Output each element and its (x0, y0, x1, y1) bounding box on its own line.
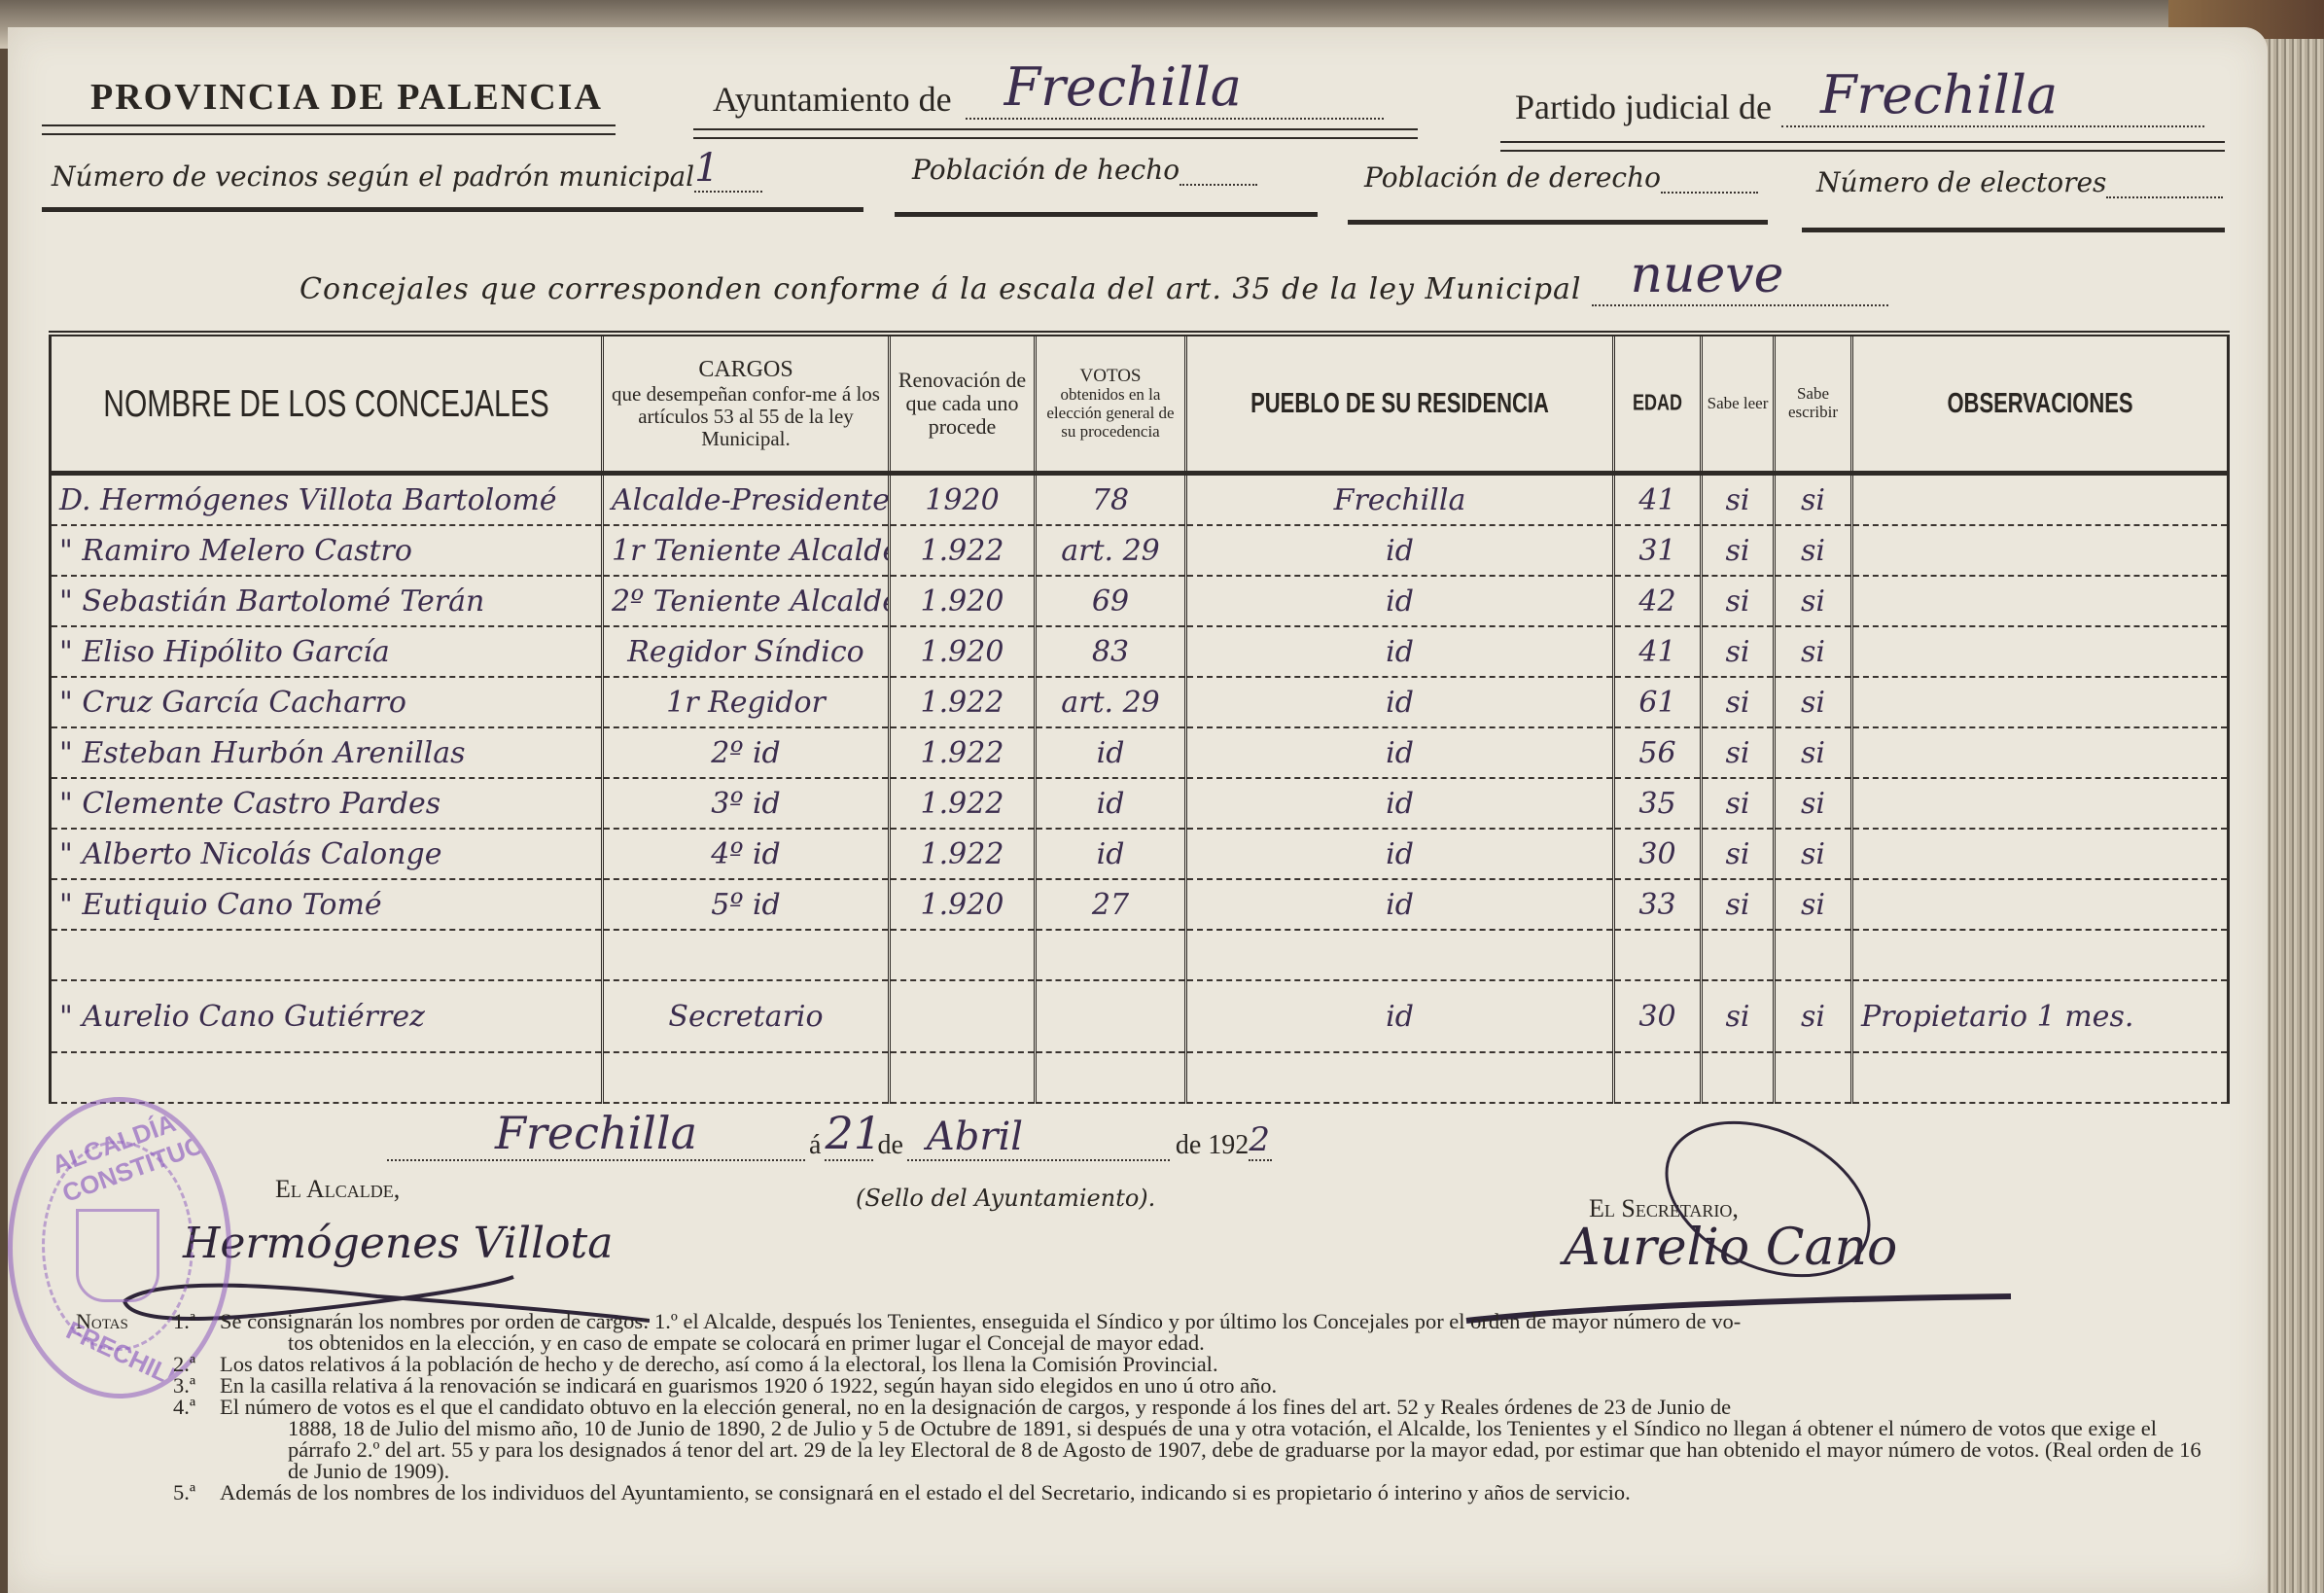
cell-nombre: " Alberto Nicolás Calonge (51, 829, 603, 879)
cell-escribir (1775, 930, 1852, 980)
poblacion-derecho-value (1661, 192, 1758, 194)
cell-pueblo: id (1186, 879, 1614, 930)
cell-cargo: 2º Teniente Alcalde (603, 576, 890, 626)
cell-renovacion (890, 980, 1036, 1052)
cell-leer (1702, 1052, 1775, 1103)
alcalde-label: El Alcalde, (275, 1175, 400, 1204)
cell-nombre (51, 930, 603, 980)
cell-renovacion: 1.920 (890, 626, 1036, 677)
cell-votos (1036, 1052, 1186, 1103)
cell-cargo: Regidor Síndico (603, 626, 890, 677)
cell-escribir: si (1775, 576, 1852, 626)
sello-label: (Sello del Ayuntamiento). (856, 1185, 1155, 1212)
note-item: 3.ª En la casilla relativa á la renovaci… (76, 1375, 2215, 1397)
cell-leer: si (1702, 727, 1775, 778)
cell-pueblo: id (1186, 727, 1614, 778)
cell-renovacion (890, 930, 1036, 980)
note-item: 4.ª El número de votos es el que el cand… (76, 1397, 2215, 1482)
table-row-secretario: " Aurelio Cano Gutiérrez Secretario id 3… (51, 980, 2229, 1052)
col-renovacion: Renovación de que cada uno procede (890, 334, 1036, 474)
cell-pueblo: id (1186, 525, 1614, 576)
cell-leer: si (1702, 525, 1775, 576)
cell-observaciones (1852, 626, 2229, 677)
cell-cargo: Secretario (603, 980, 890, 1052)
cell-votos: art. 29 (1036, 677, 1186, 727)
cell-pueblo: id (1186, 626, 1614, 677)
col-observaciones: OBSERVACIONES (1852, 334, 2229, 474)
cell-renovacion: 1.922 (890, 727, 1036, 778)
cell-edad: 41 (1614, 626, 1702, 677)
coat-of-arms-icon (76, 1209, 159, 1302)
cell-pueblo (1186, 930, 1614, 980)
cell-observaciones (1852, 1052, 2229, 1103)
ayuntamiento-field: Ayuntamiento de Frechilla (713, 56, 1384, 120)
col-votos: VOTOS obtenidos en la elección general d… (1036, 334, 1186, 474)
cell-nombre: D. Hermógenes Villota Bartolomé (51, 474, 603, 526)
page-edges (2266, 39, 2324, 1593)
cell-nombre: " Cruz García Cacharro (51, 677, 603, 727)
divider (1802, 228, 2225, 232)
col-edad: EDAD (1614, 334, 1702, 474)
date-place: Frechilla (387, 1107, 805, 1161)
cell-observaciones (1852, 879, 2229, 930)
cell-renovacion: 1.922 (890, 829, 1036, 879)
partido-field: Partido judicial de Frechilla (1515, 64, 2204, 127)
cell-leer: si (1702, 576, 1775, 626)
electores-field: Número de electores (1816, 166, 2223, 198)
col-sabe-leer: Sabe leer (1702, 334, 1775, 474)
cell-nombre: " Esteban Hurbón Arenillas (51, 727, 603, 778)
cell-votos: id (1036, 727, 1186, 778)
cell-renovacion: 1.920 (890, 576, 1036, 626)
note-item: 5.ª Además de los nombres de los individ… (76, 1482, 2215, 1504)
cell-pueblo: id (1186, 829, 1614, 879)
cell-escribir: si (1775, 474, 1852, 526)
cell-escribir: si (1775, 525, 1852, 576)
divider (42, 124, 616, 135)
cell-cargo: Alcalde-Presidente (603, 474, 890, 526)
table-row: " Clemente Castro Pardes 3º id 1.922 id … (51, 778, 2229, 829)
cell-nombre: " Aurelio Cano Gutiérrez (51, 980, 603, 1052)
date-month: Abril (907, 1115, 1170, 1161)
table-row: " Cruz García Cacharro 1r Regidor 1.922 … (51, 677, 2229, 727)
col-sabe-escribir: Sabe escribir (1775, 334, 1852, 474)
cell-leer: si (1702, 829, 1775, 879)
cell-leer: si (1702, 626, 1775, 677)
date-a: á (809, 1130, 821, 1161)
table-row-empty (51, 930, 2229, 980)
col-nombre: NOMBRE DE LOS CONCEJALES (51, 334, 603, 474)
cell-votos (1036, 930, 1186, 980)
date-year-suffix: 2 (1249, 1120, 1272, 1161)
poblacion-derecho-label: Población de derecho (1364, 161, 1661, 194)
vecinos-field: Número de vecinos según el padrón munici… (52, 146, 762, 193)
table-header-row: NOMBRE DE LOS CONCEJALES CARGOS que dese… (51, 334, 2229, 474)
col-pueblo: PUEBLO DE SU RESIDENCIA (1186, 334, 1614, 474)
cell-observaciones (1852, 474, 2229, 526)
cell-pueblo: id (1186, 677, 1614, 727)
table-row: " Alberto Nicolás Calonge 4º id 1.922 id… (51, 829, 2229, 879)
cell-edad (1614, 1052, 1702, 1103)
cell-pueblo: Frechilla (1186, 474, 1614, 526)
cell-cargo: 4º id (603, 829, 890, 879)
vecinos-value: 1 (694, 146, 762, 193)
poblacion-hecho-field: Población de hecho (912, 154, 1257, 186)
province-title: PROVINCIA DE PALENCIA (90, 76, 603, 119)
cell-edad: 31 (1614, 525, 1702, 576)
cell-edad: 30 (1614, 980, 1702, 1052)
note-item: 2.ª Los datos relativos á la población d… (76, 1354, 2215, 1375)
cell-edad: 61 (1614, 677, 1702, 727)
col-cargos: CARGOS que desempeñan confor-me á los ar… (603, 334, 890, 474)
cell-leer: si (1702, 677, 1775, 727)
cell-observaciones (1852, 677, 2229, 727)
partido-label: Partido judicial de (1515, 87, 1772, 127)
ayuntamiento-label: Ayuntamiento de (713, 79, 952, 120)
cell-cargo: 1r Teniente Alcalde (603, 525, 890, 576)
cell-edad: 42 (1614, 576, 1702, 626)
cell-leer (1702, 930, 1775, 980)
cell-pueblo (1186, 1052, 1614, 1103)
cell-votos: 27 (1036, 879, 1186, 930)
cell-renovacion: 1.922 (890, 677, 1036, 727)
cell-escribir: si (1775, 727, 1852, 778)
cell-nombre: " Ramiro Melero Castro (51, 525, 603, 576)
document-page: PROVINCIA DE PALENCIA Ayuntamiento de Fr… (8, 27, 2268, 1593)
partido-value: Frechilla (1781, 64, 2204, 127)
divider (42, 207, 863, 212)
cell-cargo: 3º id (603, 778, 890, 829)
divider (1500, 141, 2225, 152)
cell-renovacion: 1.920 (890, 879, 1036, 930)
cell-cargo: 2º id (603, 727, 890, 778)
cell-escribir: si (1775, 980, 1852, 1052)
cell-votos (1036, 980, 1186, 1052)
divider (895, 212, 1318, 217)
cell-observaciones (1852, 727, 2229, 778)
cell-observaciones (1852, 778, 2229, 829)
date-day: 21 (825, 1107, 873, 1161)
poblacion-hecho-label: Población de hecho (912, 154, 1180, 186)
cell-nombre (51, 1052, 603, 1103)
cell-renovacion: 1.922 (890, 525, 1036, 576)
date-year-prefix: de 192 (1176, 1130, 1249, 1161)
concejales-table: NOMBRE DE LOS CONCEJALES CARGOS que dese… (49, 331, 2230, 1104)
table-row-empty (51, 1052, 2229, 1103)
cell-leer: si (1702, 474, 1775, 526)
cell-pueblo: id (1186, 576, 1614, 626)
cell-renovacion: 1920 (890, 474, 1036, 526)
cell-leer: si (1702, 879, 1775, 930)
cell-renovacion: 1.922 (890, 778, 1036, 829)
cell-escribir: si (1775, 626, 1852, 677)
ayuntamiento-value: Frechilla (966, 56, 1384, 120)
table-row: " Eutiquio Cano Tomé 5º id 1.920 27 id 3… (51, 879, 2229, 930)
cell-cargo: 5º id (603, 879, 890, 930)
cell-observaciones (1852, 525, 2229, 576)
cell-escribir: si (1775, 778, 1852, 829)
cell-votos: id (1036, 778, 1186, 829)
cell-votos: art. 29 (1036, 525, 1186, 576)
table-row: D. Hermógenes Villota Bartolomé Alcalde-… (51, 474, 2229, 526)
concejales-label: Concejales que corresponden conforme á l… (299, 272, 1582, 306)
cell-renovacion (890, 1052, 1036, 1103)
table-row: " Sebastián Bartolomé Terán 2º Teniente … (51, 576, 2229, 626)
cell-escribir: si (1775, 677, 1852, 727)
table-row: " Esteban Hurbón Arenillas 2º id 1.922 i… (51, 727, 2229, 778)
cell-leer: si (1702, 778, 1775, 829)
cell-edad: 56 (1614, 727, 1702, 778)
concejales-value: nueve (1592, 246, 1888, 306)
table-row: " Ramiro Melero Castro 1r Teniente Alcal… (51, 525, 2229, 576)
cell-pueblo: id (1186, 778, 1614, 829)
divider (693, 128, 1418, 139)
electores-value (2106, 196, 2223, 198)
cell-cargo (603, 1052, 890, 1103)
cell-nombre: " Clemente Castro Pardes (51, 778, 603, 829)
cell-edad: 30 (1614, 829, 1702, 879)
poblacion-hecho-value (1180, 184, 1257, 186)
cell-cargo (603, 930, 890, 980)
cell-observaciones (1852, 829, 2229, 879)
cell-edad: 41 (1614, 474, 1702, 526)
cell-votos: 69 (1036, 576, 1186, 626)
cell-votos: 78 (1036, 474, 1186, 526)
cell-escribir: si (1775, 879, 1852, 930)
cell-cargo: 1r Regidor (603, 677, 890, 727)
cell-edad: 35 (1614, 778, 1702, 829)
table-row: " Eliso Hipólito García Regidor Síndico … (51, 626, 2229, 677)
cell-observaciones (1852, 576, 2229, 626)
secretario-flourish-icon (1447, 1116, 2030, 1340)
date-de: de (877, 1130, 902, 1161)
cell-nombre: " Eutiquio Cano Tomé (51, 879, 603, 930)
date-line: Frechilla á 21 de Abril de 192 2 (387, 1107, 1272, 1161)
cell-edad (1614, 930, 1702, 980)
poblacion-derecho-field: Población de derecho (1364, 161, 1758, 194)
cell-votos: id (1036, 829, 1186, 879)
cell-votos: 83 (1036, 626, 1186, 677)
concejales-field: Concejales que corresponden conforme á l… (299, 246, 1888, 306)
notes-section: Notas 1.ª Se consignarán los nombres por… (76, 1311, 2215, 1504)
cell-leer: si (1702, 980, 1775, 1052)
electores-label: Número de electores (1816, 166, 2106, 198)
cell-observaciones: Propietario 1 mes. (1852, 980, 2229, 1052)
notes-label: Notas (76, 1311, 173, 1354)
vecinos-label: Número de vecinos según el padrón munici… (52, 160, 694, 193)
cell-pueblo: id (1186, 980, 1614, 1052)
cell-observaciones (1852, 930, 2229, 980)
cell-escribir: si (1775, 829, 1852, 879)
note-item: Notas 1.ª Se consignarán los nombres por… (76, 1311, 2215, 1354)
cell-edad: 33 (1614, 879, 1702, 930)
divider (1348, 220, 1768, 225)
cell-escribir (1775, 1052, 1852, 1103)
cell-nombre: " Sebastián Bartolomé Terán (51, 576, 603, 626)
cell-nombre: " Eliso Hipólito García (51, 626, 603, 677)
